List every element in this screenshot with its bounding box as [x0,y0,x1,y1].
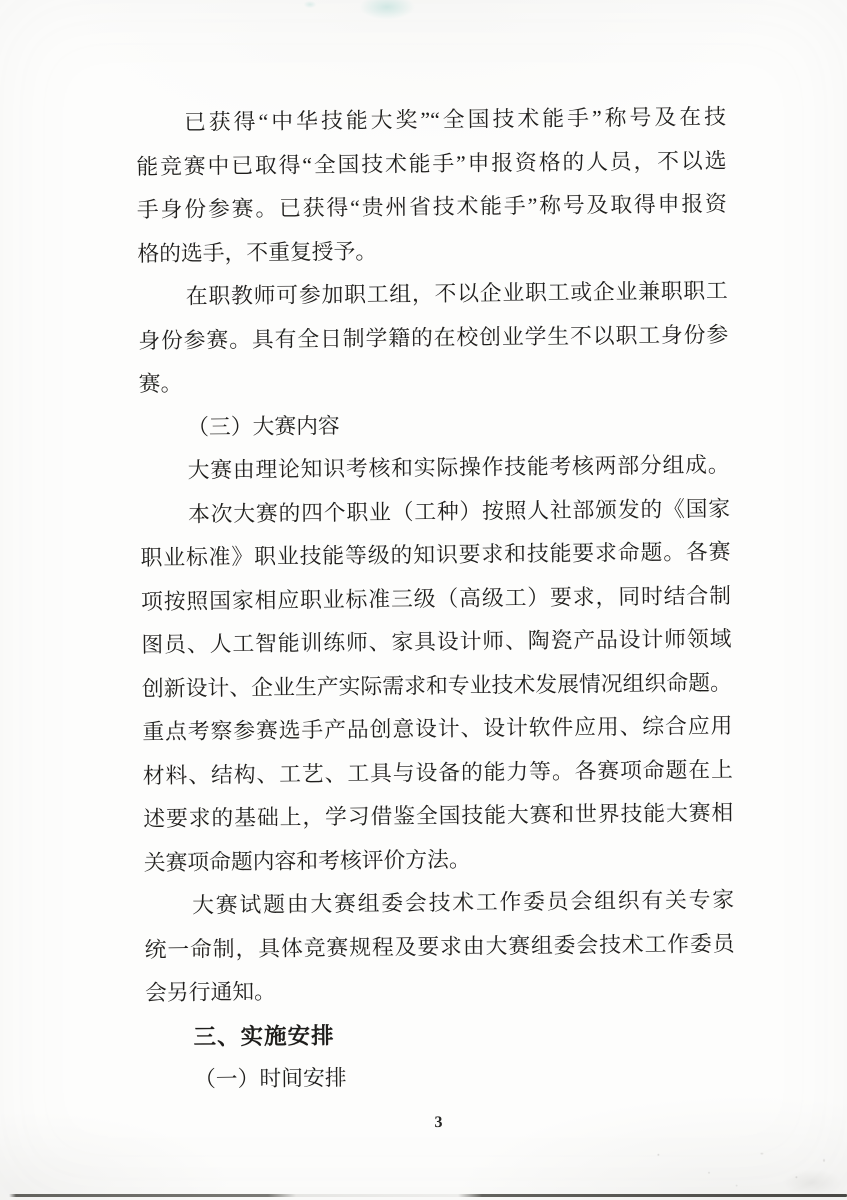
body-text-line: 已获得“中华技能大奖”“全国技术能手”称号及在技 [136,96,726,146]
body-text-line: 创新设计、企业生产实际需求和专业技术发展情况组织命题。 [142,661,732,711]
body-text-line: 能竞赛中已取得“全国技术能手”申报资格的人员，不以选 [136,139,726,189]
body-text-line: 述要求的基础上，学习借鉴全国技能大赛和世界技能大赛相 [143,792,733,842]
body-text-line: 大赛由理论知识考核和实际操作技能考核两部分组成。 [139,444,729,494]
body-text-line: 大赛试题由大赛组委会技术工作委员会组织有关专家 [144,879,734,929]
body-text-line: 材料、结构、工艺、工具与设备的能力等。各赛项命题在上 [143,748,733,798]
body-text-line: 项按照国家相应职业标准三级（高级工）要求，同时结合制 [141,574,731,624]
scan-noise-speckles [617,1138,847,1194]
document-content: 已获得“中华技能大奖”“全国技术能手”称号及在技 能竞赛中已取得“全国技术能手”… [136,96,736,1103]
scan-smudge-speck [302,0,318,9]
body-text-line: 关赛项命题内容和考核评价方法。 [144,835,734,885]
body-text-line: 职业标准》职业技能等级的知识要求和技能要求命题。各赛 [140,531,730,581]
subsection-heading-schedule: （一）时间安排 [146,1053,736,1103]
body-text-line: 图员、人工智能训练师、家具设计师、陶瓷产品设计师领域 [141,618,731,668]
subsection-heading-contest-content: （三）大赛内容 [139,400,729,450]
body-text-line: 身份参赛。具有全日制学籍的在校创业学生不以职工身份参 [138,313,728,363]
body-text-line: 会另行通知。 [145,966,735,1016]
scan-smudge [350,0,424,24]
page-number: 3 [15,1112,847,1134]
body-text-line: 赛。 [139,357,729,407]
body-text-line: 在职教师可参加职工组，不以企业职工或企业兼职职工 [138,270,728,320]
body-text-line: 统一命制，具体竞赛规程及要求由大赛组委会技术工作委员 [144,922,734,972]
scan-bottom-edge [0,1194,847,1197]
body-text-line: 本次大赛的四个职业（工种）按照人社部颁发的《国家 [140,487,730,537]
body-text-line: 格的选手，不重复授予。 [137,226,727,276]
section-heading-implementation: 三、实施安排 [145,1009,735,1059]
body-text-line: 重点考察参赛选手产品创意设计、设计软件应用、综合应用 [142,705,732,755]
scanned-document-page: 已获得“中华技能大奖”“全国技术能手”称号及在技 能竞赛中已取得“全国技术能手”… [0,0,847,1200]
body-text-line: 手身份参赛。已获得“贵州省技术能手”称号及取得申报资 [137,183,727,233]
